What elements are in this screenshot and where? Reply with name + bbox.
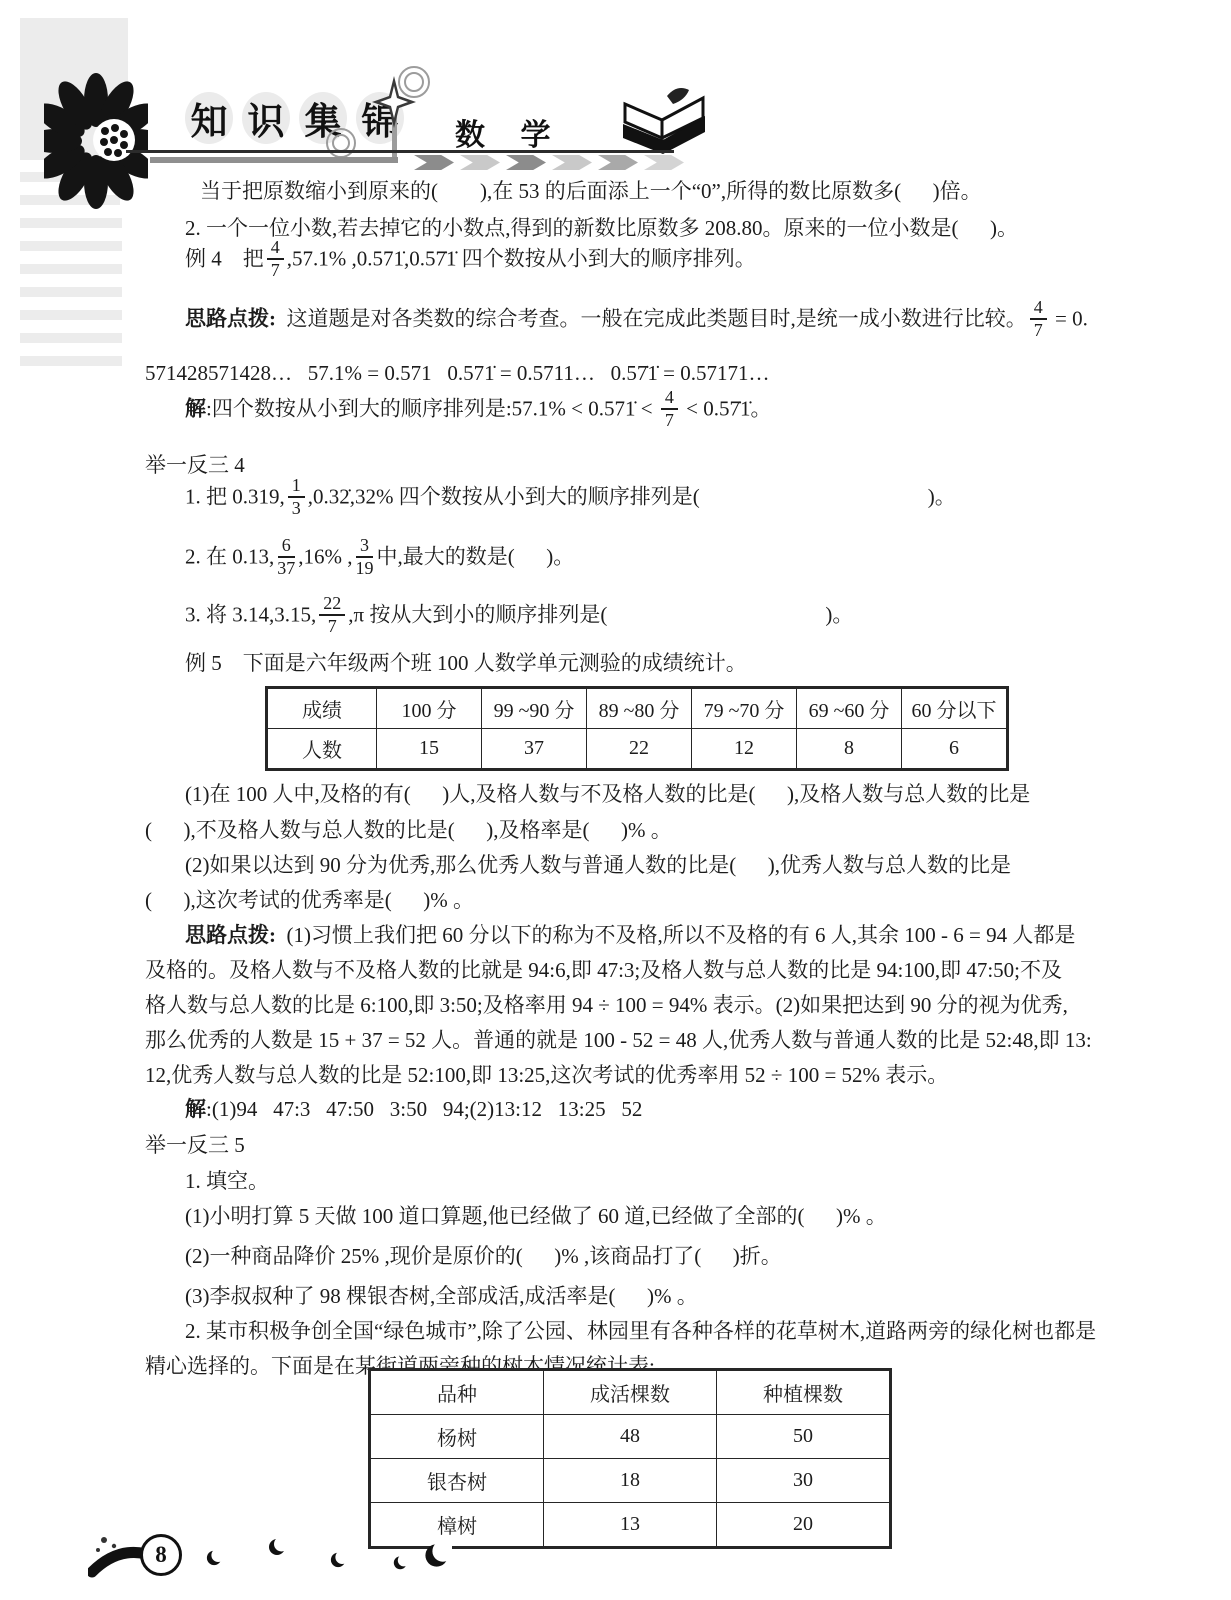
text-line: 解:(1)94 47:3 47:50 3:50 94;(2)13:12 13:2… — [185, 1094, 642, 1124]
table-cell: 37 — [482, 729, 587, 770]
flower-icon — [44, 60, 148, 220]
page-footer: 8 — [88, 1520, 508, 1595]
fish-icon — [393, 1554, 409, 1570]
text-line: (2)一种商品降价 25% ,现价是原价的( )% ,该商品打了( )折。 — [185, 1241, 782, 1271]
table-cell: 30 — [717, 1459, 891, 1503]
table-cell: 12 — [692, 729, 797, 770]
table-cell: 6 — [902, 729, 1008, 770]
fraction: 47 — [1030, 298, 1047, 340]
text-line: 及格的。及格人数与不及格人数的比就是 94:6,即 47:3;及格人数与总人数的… — [145, 955, 1062, 985]
left-stripe — [20, 264, 122, 274]
workbook-page: 知 识 集 锦 数 学 当于把原数缩小到原来的( ),在 53 的后面添上一个“… — [0, 0, 1231, 1600]
text-line: (1)在 100 人中,及格的有( )人,及格人数与不及格人数的比是( ),及格… — [185, 779, 1030, 809]
table-cell: 50 — [717, 1415, 891, 1459]
text-line: 1. 填空。 — [185, 1166, 269, 1196]
fraction: 227 — [319, 594, 345, 636]
table-row: 杨树4850 — [370, 1415, 891, 1459]
text-line: 例 4 把47,57.1% ,0.571̇,0.57̇1̇ 四个数按从小到大的顺… — [185, 240, 756, 282]
table-cell: 100 分 — [377, 688, 482, 729]
table-cell: 99 ~90 分 — [482, 688, 587, 729]
page-content: 当于把原数缩小到原来的( ),在 53 的后面添上一个“0”,所得的数比原数多(… — [145, 0, 1205, 1600]
text-line: 解:四个数按从小到大的顺序排列是:57.1% < 0.571̇ < 47 < 0… — [185, 390, 771, 432]
fish-icon — [330, 1550, 348, 1568]
text-line: 那么优秀的人数是 15 + 37 = 52 人。普通的就是 100 - 52 =… — [145, 1025, 1092, 1055]
table-row: 人数1537221286 — [267, 729, 1008, 770]
scores-table: 成绩100 分99 ~90 分89 ~80 分79 ~70 分69 ~60 分6… — [265, 686, 1009, 771]
table-cell: 成活棵数 — [544, 1370, 717, 1415]
text-line: 举一反三 4 — [145, 450, 245, 480]
table-cell: 22 — [587, 729, 692, 770]
text-line: 3. 将 3.14,3.15,227,π 按从大到小的顺序排列是()。 — [185, 596, 853, 638]
table-row: 品种成活棵数种植棵数 — [370, 1370, 891, 1415]
table-cell: 18 — [544, 1459, 717, 1503]
left-stripe — [20, 310, 122, 320]
table-cell: 69 ~60 分 — [797, 688, 902, 729]
fraction: 47 — [267, 238, 284, 280]
text-line: 1. 把 0.319,13,0.32̇,32% 四个数按从小到大的顺序排列是()… — [185, 478, 956, 520]
table-cell: 15 — [377, 729, 482, 770]
table-cell: 89 ~80 分 — [587, 688, 692, 729]
table-row: 银杏树1830 — [370, 1459, 891, 1503]
text-line: 2. 在 0.13,637,16% ,319中,最大的数是( )。 — [185, 538, 574, 580]
table-cell: 13 — [544, 1503, 717, 1548]
fish-icon — [424, 1540, 452, 1568]
fish-icon — [206, 1548, 224, 1566]
text-line: ( ),不及格人数与总人数的比是( ),及格率是( )% 。 — [145, 815, 672, 845]
left-stripe — [20, 333, 122, 343]
text-line: 2. 一个一位小数,若去掉它的小数点,得到的新数比原数多 208.80。原来的一… — [185, 213, 1018, 243]
text-line: 例 5 下面是六年级两个班 100 人数学单元测验的成绩统计。 — [185, 648, 747, 678]
table-cell: 品种 — [370, 1370, 544, 1415]
left-stripe — [20, 287, 122, 297]
fraction: 637 — [277, 536, 295, 578]
table-cell: 银杏树 — [370, 1459, 544, 1503]
table-cell: 人数 — [267, 729, 377, 770]
table-cell: 杨树 — [370, 1415, 544, 1459]
text-line: 格人数与总人数的比是 6:100,即 3:50;及格率用 94 ÷ 100 = … — [145, 990, 1068, 1020]
text-line: (2)如果以达到 90 分为优秀,那么优秀人数与普通人数的比是( ),优秀人数与… — [185, 850, 1011, 880]
left-stripe — [20, 356, 122, 366]
table-cell: 种植棵数 — [717, 1370, 891, 1415]
text-line: 举一反三 5 — [145, 1130, 245, 1160]
table-cell: 60 分以下 — [902, 688, 1008, 729]
table-cell: 8 — [797, 729, 902, 770]
text-line: (3)李叔叔种了 98 棵银杏树,全部成活,成活率是( )% 。 — [185, 1281, 698, 1311]
page-number: 8 — [140, 1534, 182, 1576]
table-cell: 79 ~70 分 — [692, 688, 797, 729]
text-line: ( ),这次考试的优秀率是( )% 。 — [145, 885, 474, 915]
left-stripe — [20, 241, 122, 251]
table-row: 成绩100 分99 ~90 分89 ~80 分79 ~70 分69 ~60 分6… — [267, 688, 1008, 729]
table-cell: 20 — [717, 1503, 891, 1548]
text-line: 思路点拨: 这道题是对各类数的综合考查。一般在完成此类题目时,是统一成小数进行比… — [185, 300, 1088, 342]
fraction: 319 — [356, 536, 374, 578]
text-line: 2. 某市积极争创全国“绿色城市”,除了公园、林园里有各种各样的花草树木,道路两… — [185, 1316, 1096, 1346]
text-line: 571428571428… 57.1% = 0.571 0.571̇ = 0.5… — [145, 358, 770, 388]
text-line: 思路点拨: (1)习惯上我们把 60 分以下的称为不及格,所以不及格的有 6 人… — [185, 920, 1075, 950]
table-cell: 成绩 — [267, 688, 377, 729]
fraction: 47 — [661, 388, 678, 430]
text-line: 12,优秀人数与总人数的比是 52:100,即 13:25,这次考试的优秀率用 … — [145, 1060, 948, 1090]
fraction: 13 — [288, 476, 305, 518]
text-line: 当于把原数缩小到原来的( ),在 53 的后面添上一个“0”,所得的数比原数多(… — [200, 176, 982, 206]
table-cell: 48 — [544, 1415, 717, 1459]
fish-icon — [268, 1536, 288, 1556]
text-line: (1)小明打算 5 天做 100 道口算题,他已经做了 60 道,已经做了全部的… — [185, 1201, 887, 1231]
